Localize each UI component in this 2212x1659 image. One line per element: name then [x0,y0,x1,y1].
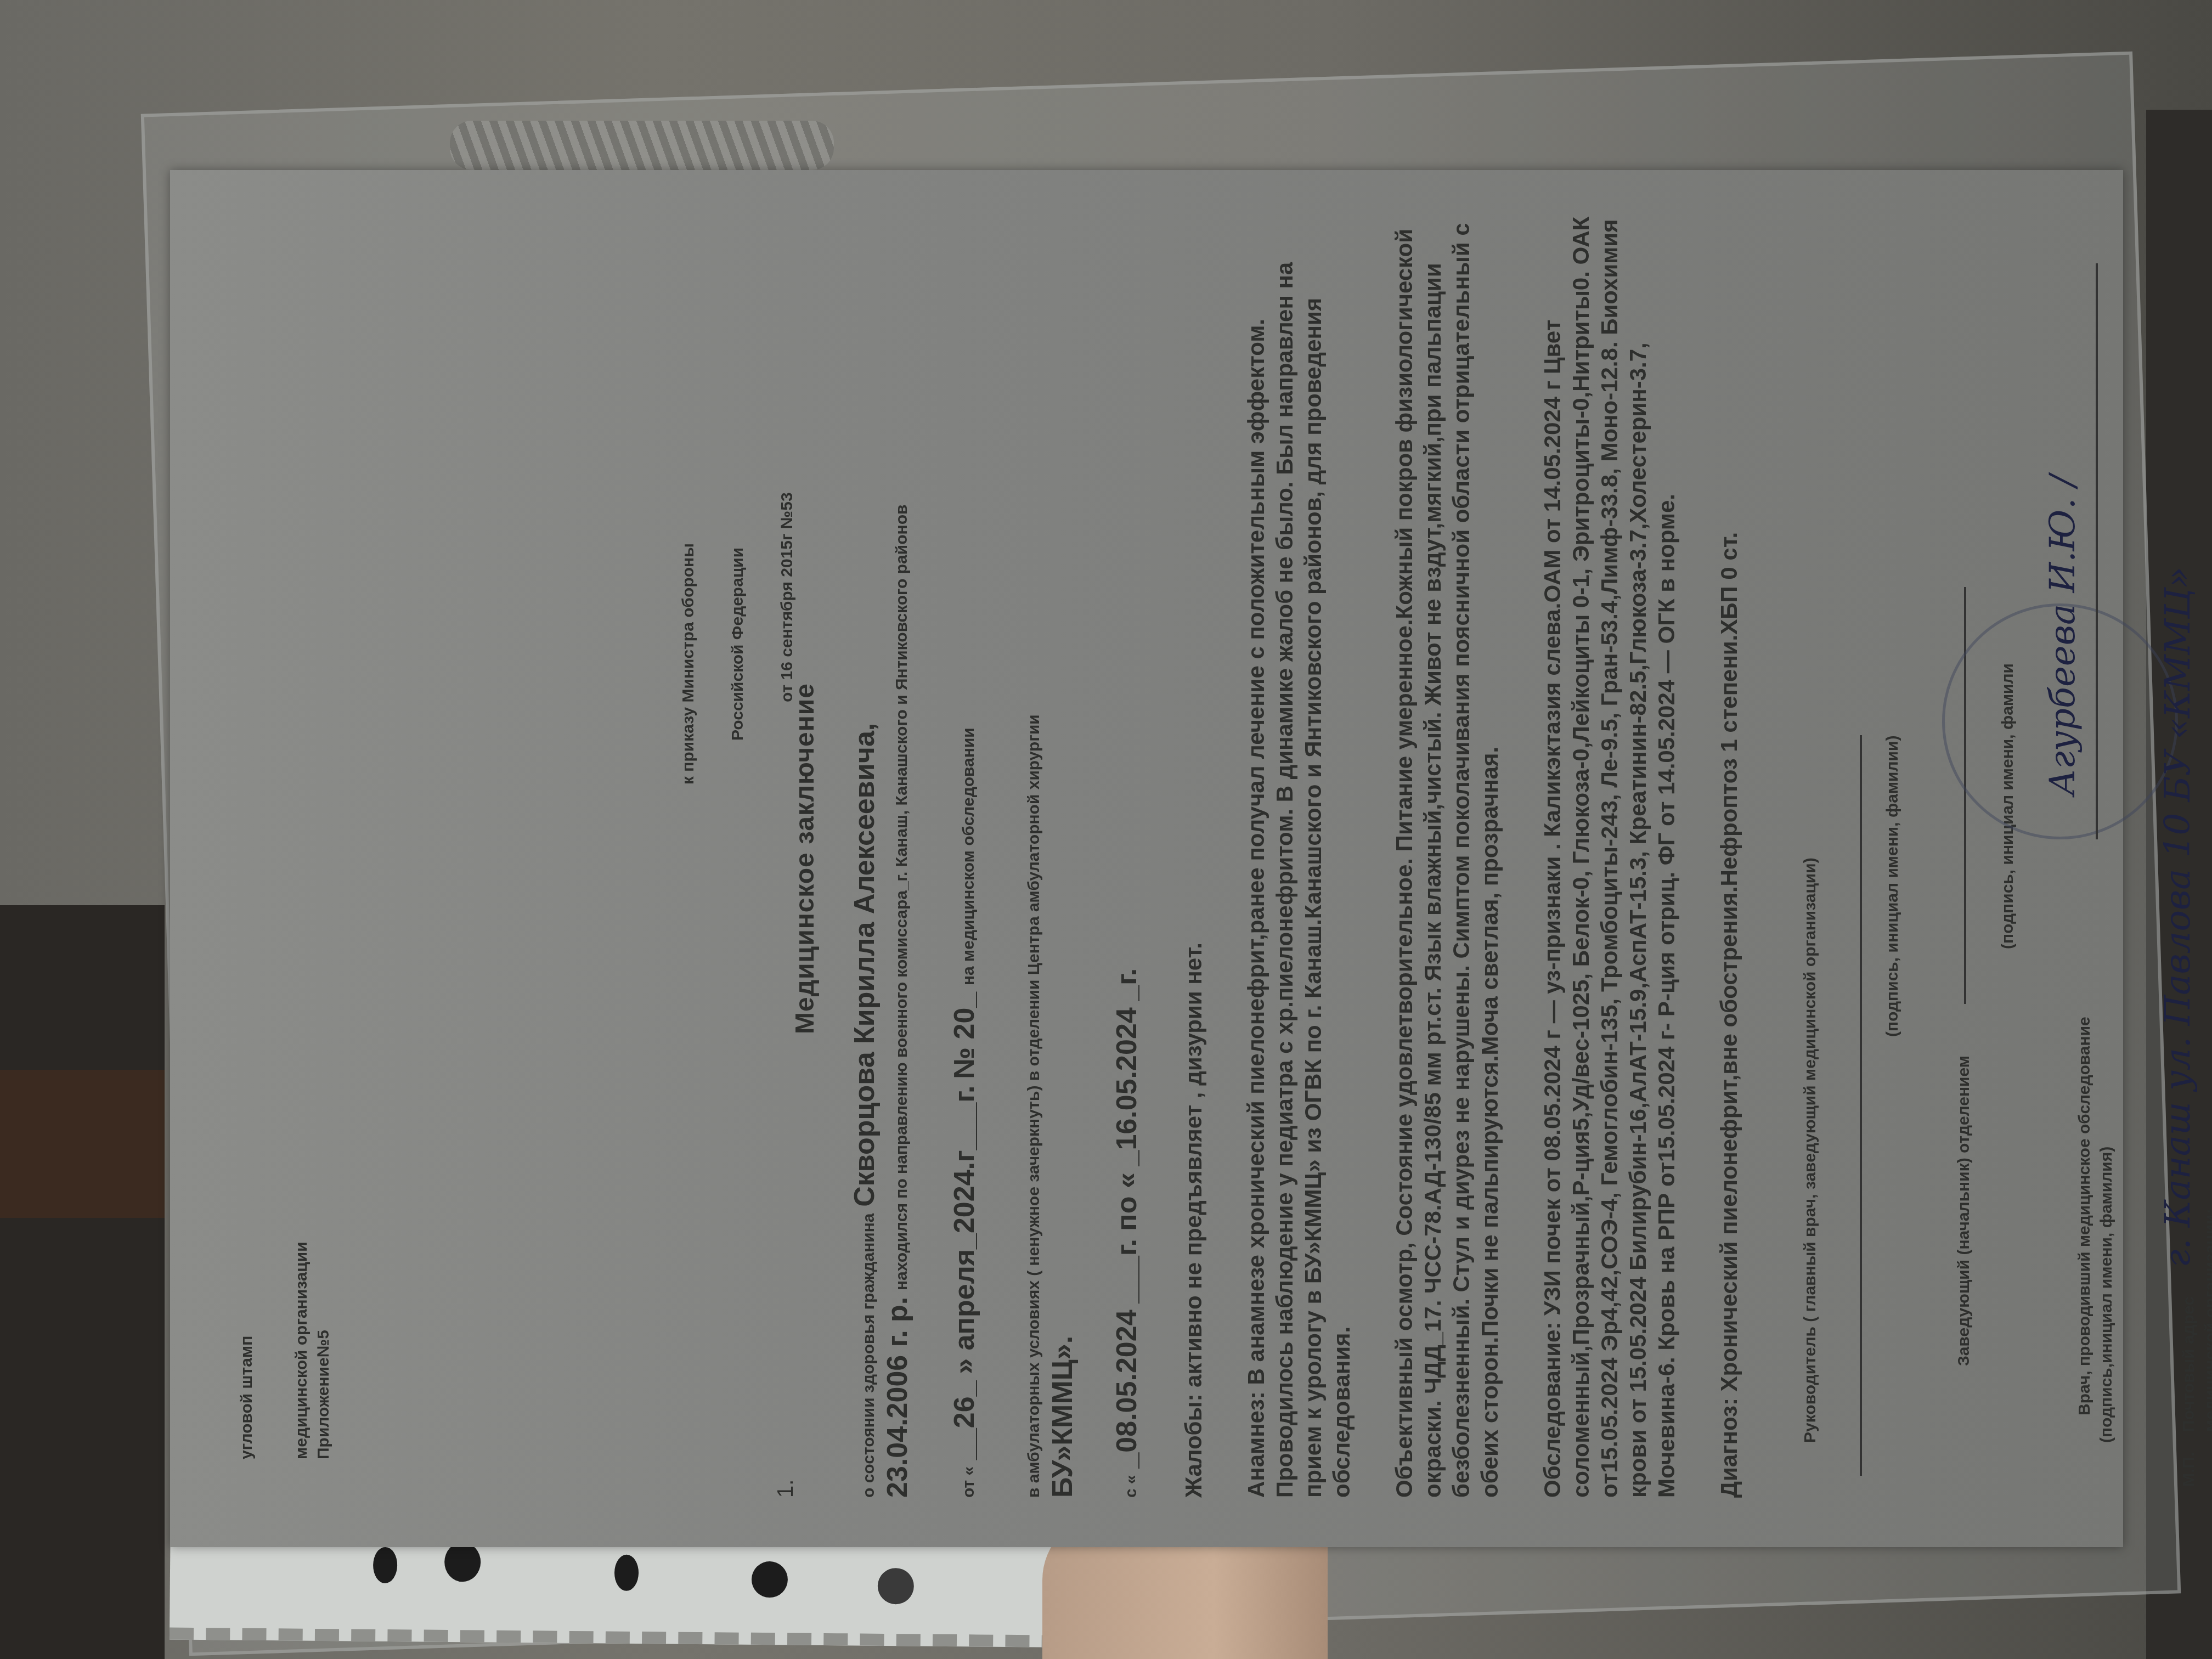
dept-label: Заведующий (начальник) отделением [1953,1056,1975,1366]
header-left: угловой штамп медицинской организации Пр… [236,252,335,1459]
period-mid: ___г. по « [1111,1172,1143,1304]
referral-number: № 20_ [949,992,980,1079]
period-suffix: _г. [1111,968,1143,1001]
address-handwritten: г. Канаш ул. Павлова 10 БУ «КММЦ» [2167,567,2189,1267]
period-to: _16.05.2024 [1111,1007,1143,1166]
punch-hole [752,1561,788,1598]
head-label: Руководитель ( главный врач, заведующий … [1799,203,1821,1498]
document-body: о состоянии здоровья гражданина Скворцов… [850,203,1778,1498]
period-from-prefix: с « [1122,1475,1140,1498]
punch-hole [614,1555,639,1591]
doctor-label: Врач, проводивший медицинское обследован… [2074,1017,2096,1415]
doctor-signature-line[interactable] [2096,263,2098,839]
signature-area: Руководитель ( главный врач, заведующий … [1799,203,2212,1498]
head-caption: (подпись, инициал имени, фамилии) [1882,736,1904,1037]
head-signature-row: Руководитель ( главный врач, заведующий … [1799,203,1931,1498]
punch-hole [444,1542,481,1582]
order-line-1: к приказу Министра обороны [664,400,713,785]
document-stage: угловой штамп медицинской организации Пр… [170,170,2123,1547]
punch-hole [878,1568,915,1605]
referral-text: находился по направлению военного комисс… [893,505,911,1291]
address-row: М.П. Почтовый адрес медицинской организа… [2162,203,2212,1498]
complaints: Жалобы: активно не предъявляет , дизурии… [1180,203,1208,1498]
appendix-label: Приложение№5 [313,252,335,1459]
investigation-results: Обследование: УЗИ почек от 08.05.2024 г … [1538,203,1681,1498]
objective-exam: Объективный осмотр, Состояние удовлетвор… [1390,203,1504,1498]
patient-block: о состоянии здоровья гражданина Скворцов… [850,203,916,1498]
referral-suffix: на медицинском обследовании [960,727,978,985]
period-block: с « _08.05.2024 ___г. по « _16.05.2024 _… [1113,203,1145,1498]
mp-label: М.П. [2178,1452,2200,1487]
corner-stamp-label: угловой штамп [236,252,258,1459]
doctor-signature-handwritten: Агурбеева И.Ю. / [2052,475,2074,795]
org-label: медицинской организации [291,252,313,1459]
birth-date: 23.04.2006 г. р. [882,1297,913,1498]
page-title: Медицинское заключение [790,170,820,1547]
anamnesis: Анамнез: В анамнезе хронический пиелонеф… [1242,203,1356,1498]
conditions-block: в амбулаторных условиях ( ненужное зачер… [1017,203,1079,1498]
doctor-caption: (подпись,инициал имени, фамилия) [2096,1147,2118,1443]
medical-conclusion-page: угловой штамп медицинской организации Пр… [170,170,2123,1547]
background-dark-object [0,905,165,1659]
period-from: _08.05.2024 [1111,1310,1143,1468]
punch-hole [373,1547,398,1583]
referral-day: __26_ [949,1380,980,1460]
background-brown-object [0,1070,165,1218]
diagnosis: Диагноз: Хронический пиелонефрит,вне обо… [1715,203,1743,1498]
dept-signature-row: Заведующий (начальник) отделением (подпи… [1931,203,2052,1498]
conditions-text: в амбулаторных условиях ( ненужное зачер… [1025,714,1043,1498]
head-signature-line[interactable] [1860,735,1862,1476]
institution-name: БУ»КММЦ». [1047,1336,1079,1498]
patient-name: Скворцова Кирилла Алексеевича, [849,723,881,1207]
referral-date-prefix: от « [960,1466,978,1498]
referral-block: от « __26_ » апреля_2024.г___г. № 20_ на… [950,203,983,1498]
doctor-signature-row: Врач, проводивший медицинское обследован… [2052,203,2162,1498]
referral-month-year: » апреля_2024.г___г. [949,1086,980,1374]
patient-intro: о состоянии здоровья гражданина [860,1213,878,1498]
order-line-2: Российской Федерации [713,400,763,785]
